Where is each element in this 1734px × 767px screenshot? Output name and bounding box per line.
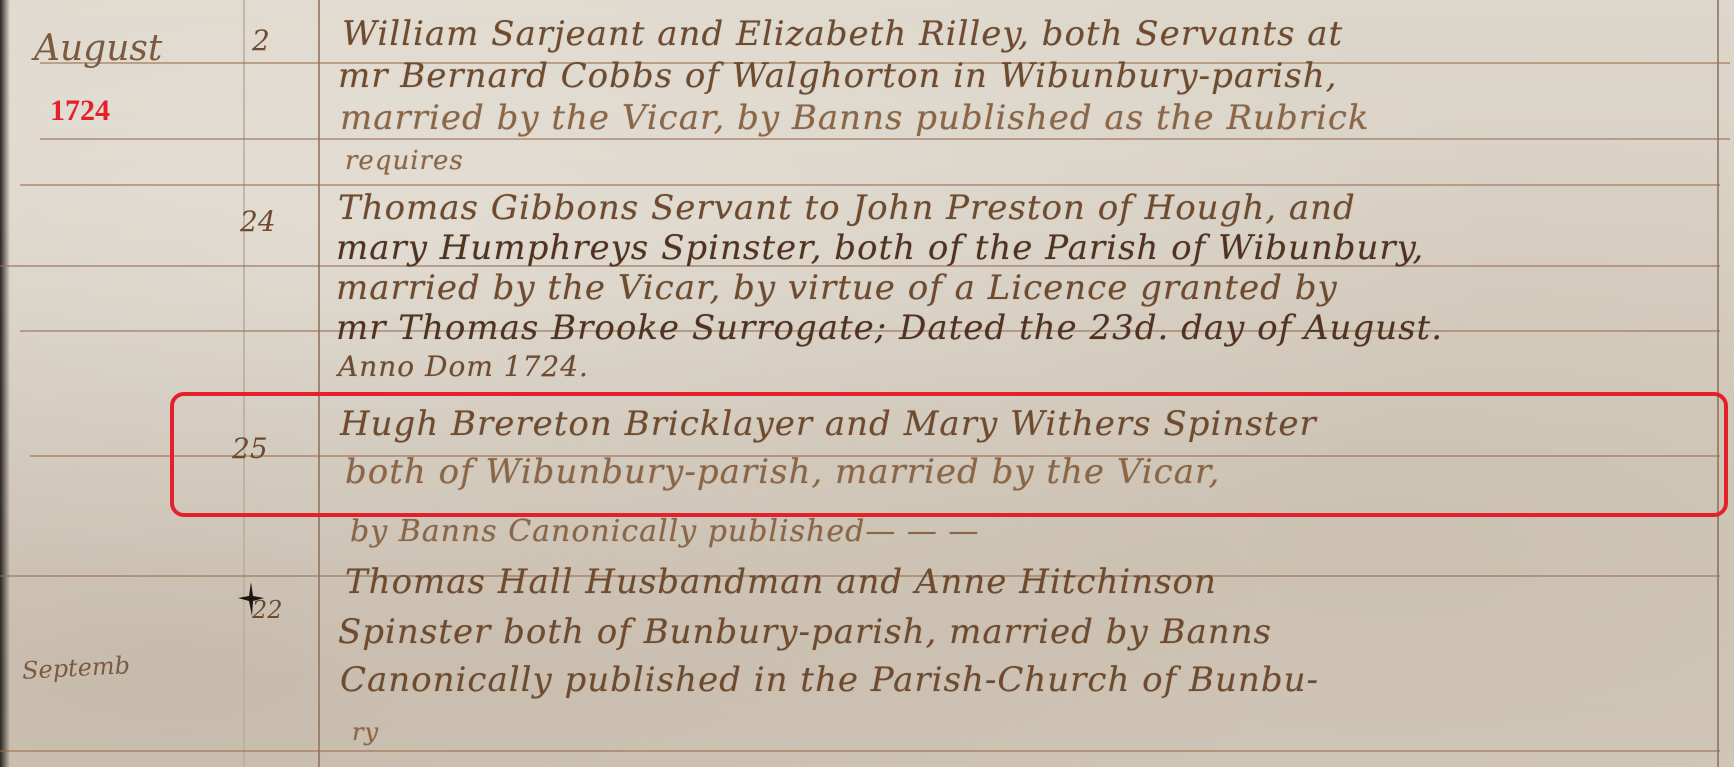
- ruled-line: [0, 750, 1720, 752]
- entry-line: Anno Dom 1724.: [338, 350, 589, 383]
- entry-day: 24: [240, 205, 276, 238]
- entry-line: Thomas Hall Husbandman and Anne Hitchins…: [345, 562, 1217, 602]
- ink-blot-icon: [238, 582, 264, 616]
- entry-line: married by the Vicar, by Banns published…: [340, 98, 1369, 138]
- entry-line: requires: [345, 146, 464, 176]
- entry-line: married by the Vicar, by virtue of a Lic…: [336, 268, 1338, 308]
- entry-line: Thomas Gibbons Servant to John Preston o…: [338, 188, 1356, 228]
- entry-line: Canonically published in the Parish-Chur…: [340, 660, 1319, 700]
- column-rule-left: [318, 0, 320, 767]
- entry-line: William Sarjeant and Elizabeth Rilley, b…: [342, 14, 1343, 54]
- entry-line: mr Bernard Cobbs of Walghorton in Wibunb…: [338, 56, 1337, 96]
- page-edge-shadow: [0, 0, 10, 767]
- entry-line: mr Thomas Brooke Surrogate; Dated the 23…: [336, 308, 1443, 348]
- column-rule-right: [1717, 0, 1719, 767]
- entry-line: ry: [352, 718, 379, 746]
- year-annotation: 1724: [44, 92, 116, 130]
- margin-month-august: August: [34, 28, 162, 69]
- entry-line: mary Humphreys Spinster, both of the Par…: [336, 228, 1424, 268]
- ruled-line: [20, 184, 1720, 186]
- entry-line: Spinster both of Bunbury-parish, married…: [338, 612, 1272, 652]
- fold-line: [243, 0, 245, 767]
- highlight-box: [170, 392, 1728, 517]
- margin-month-september: Septemb: [21, 651, 130, 685]
- ruled-line: [40, 138, 1730, 140]
- entry-line: by Banns Canonically published— — —: [350, 514, 979, 549]
- entry-day: 2: [252, 24, 270, 57]
